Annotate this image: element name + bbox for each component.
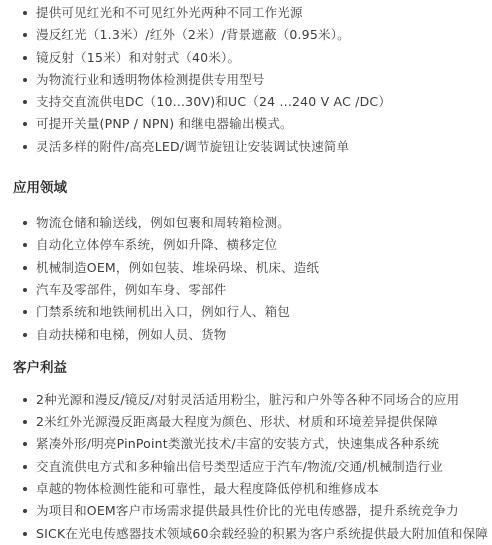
list-item: 门禁系统和地铁闸机出入口，例如行人、箱包 <box>36 301 484 323</box>
list-item: 为物流行业和透明物体检测提供专用型号 <box>36 69 484 91</box>
list-item: 2种光源和漫反/镜反/对射灵活适用粉尘，脏污和户外等各种不同场合的应用 <box>36 389 484 411</box>
list-item: 为项目和OEM客户市场需求提供最具性价比的光电传感器，提升系统竞争力 <box>36 500 484 522</box>
list-item: 机械制造OEM，例如包装、堆垛码垛、机床、造纸 <box>36 257 484 279</box>
applications-list: 物流仓储和输送线，例如包裹和周转箱检测。 自动化立体停车系统，例如升降、横移定位… <box>12 212 484 346</box>
section-title-applications: 应用领域 <box>13 179 484 198</box>
list-item: SICK在光电传感器技术领域60余载经验的积累为客户系统提供最大附加值和保障 <box>36 523 484 545</box>
list-item: 支持交直流供电DC（10...30V)和UC（24 ...240 V AC /D… <box>36 91 484 113</box>
section-title-benefits: 客户利益 <box>13 359 484 378</box>
list-item: 自动化立体停车系统，例如升降、横移定位 <box>36 234 484 256</box>
product-description-page: { "colors": { "background": "#ffffff", "… <box>0 0 492 545</box>
list-item: 提供可见红光和不可见红外光两种不同工作光源 <box>36 2 484 24</box>
list-item: 镜反射（15米）和对射式（40米）。 <box>36 47 484 69</box>
list-item: 交直流供电方式和多种输出信号类型适应于汽车/物流/交通/机械制造行业 <box>36 456 484 478</box>
content-area: 提供可见红光和不可见红外光两种不同工作光源 漫反红光（1.3米）/红外（2米）/… <box>0 0 492 545</box>
list-item: 物流仓储和输送线，例如包裹和周转箱检测。 <box>36 212 484 234</box>
list-item: 可提开关量(PNP / NPN) 和继电器输出模式。 <box>36 113 484 135</box>
list-item: 紧凑外形/明亮PinPoint类激光技术/丰富的安装方式，快速集成各种系统 <box>36 433 484 455</box>
list-item: 灵活多样的附件/高亮LED/调节旋钮让安装调试快速简单 <box>36 136 484 158</box>
list-item: 漫反红光（1.3米）/红外（2米）/背景遮蔽（0.95米）。 <box>36 24 484 46</box>
list-item: 卓越的物体检测性能和可靠性，最大程度降低停机和维修成本 <box>36 478 484 500</box>
features-list: 提供可见红光和不可见红外光两种不同工作光源 漫反红光（1.3米）/红外（2米）/… <box>12 2 484 158</box>
list-item: 汽车及零部件，例如车身、零部件 <box>36 279 484 301</box>
list-item: 自动扶梯和电梯，例如人员、货物 <box>36 324 484 346</box>
list-item: 2米红外光源漫反距离最大程度为颜色、形状、材质和环境差异提供保障 <box>36 411 484 433</box>
benefits-list: 2种光源和漫反/镜反/对射灵活适用粉尘，脏污和户外等各种不同场合的应用 2米红外… <box>12 389 484 545</box>
